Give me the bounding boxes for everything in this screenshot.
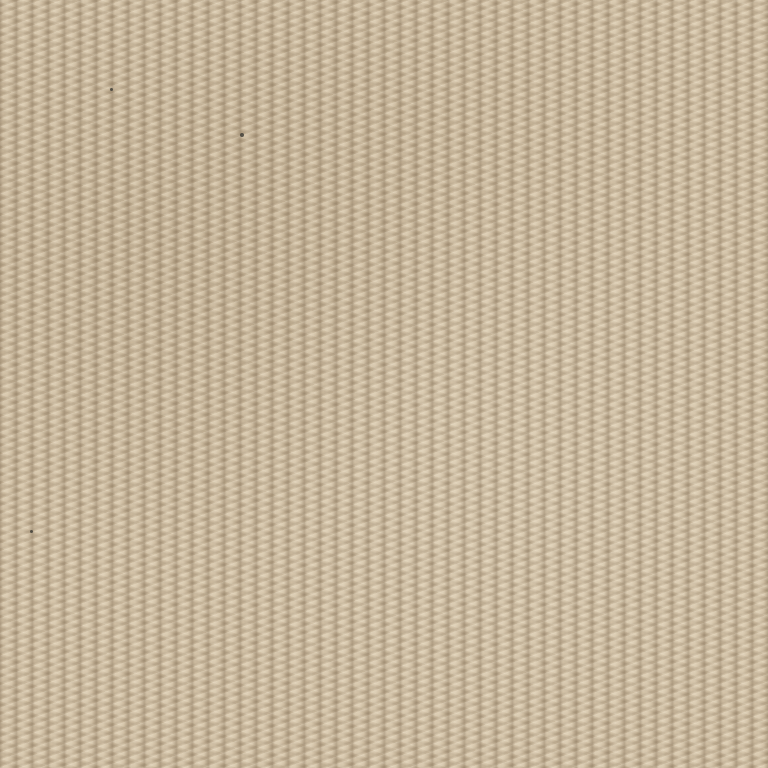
dark-fiber-speck: [30, 530, 33, 533]
carpet-texture: [0, 0, 768, 768]
dark-fiber-speck: [110, 88, 113, 91]
dark-fiber-speck: [240, 133, 244, 137]
